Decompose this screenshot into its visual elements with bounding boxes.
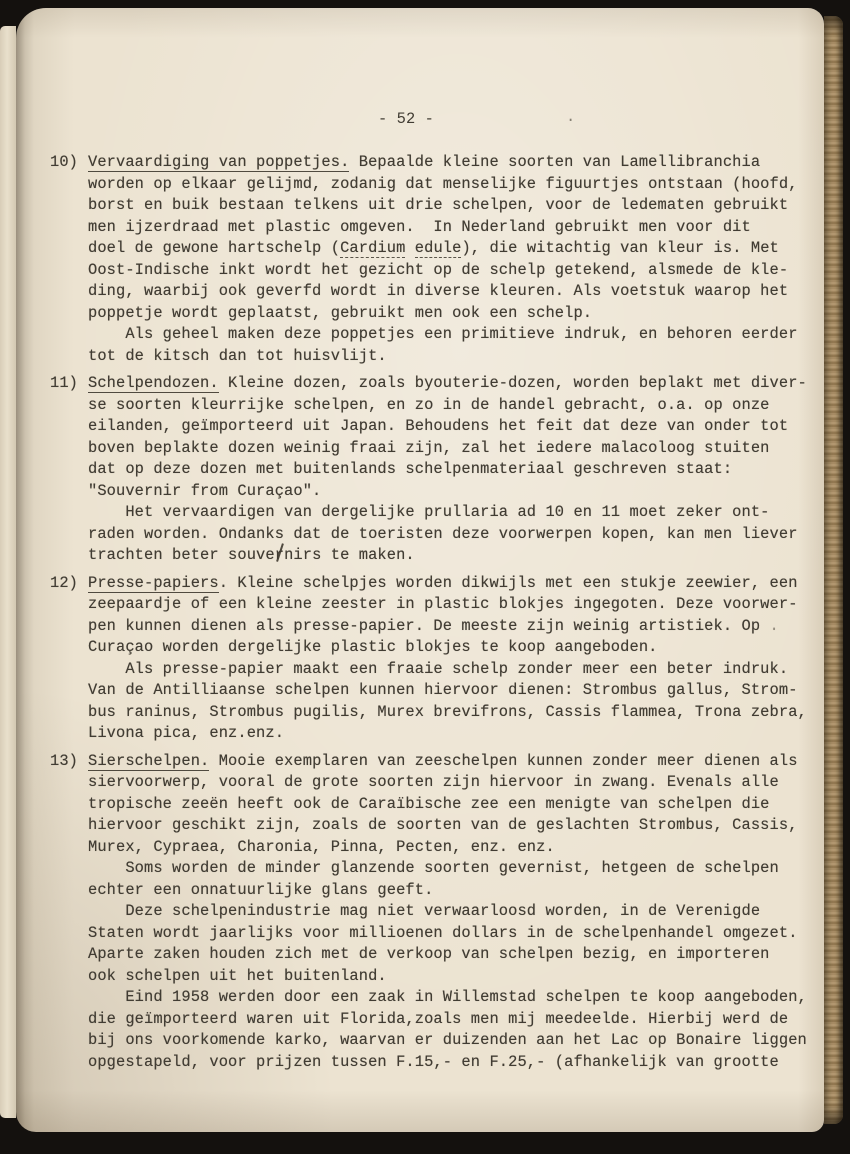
document-body: 10)Vervaardiging van poppetjes. Bepaalde… — [50, 152, 808, 1079]
text-line: raden worden. Ondanks dat de toeristen d… — [88, 524, 808, 546]
text-segment: Curaçao worden dergelijke plastic blokje… — [88, 638, 658, 656]
text-line: eilanden, geïmporteerd uit Japan. Behoud… — [88, 416, 808, 438]
section-12: 12)Presse-papiers. Kleine schelpjes word… — [50, 573, 808, 745]
text-line: Soms worden de minder glanzende soorten … — [88, 858, 808, 880]
section-10: 10)Vervaardiging van poppetjes. Bepaalde… — [50, 152, 808, 367]
text-line: Schelpendozen. Kleine dozen, zoals byout… — [88, 373, 808, 395]
text-line: worden op elkaar gelijmd, zodanig dat me… — [88, 174, 808, 196]
text-segment: tot de kitsch dan tot huisvlijt. — [88, 347, 387, 365]
text-line: zeepaardje of een kleine zeester in plas… — [88, 594, 808, 616]
text-segment: Eind 1958 werden door een zaak in Willem… — [88, 988, 807, 1006]
text-segment: Livona pica, enz.enz. — [88, 724, 284, 742]
text-segment: Als presse-papier maakt een fraaie schel… — [88, 660, 788, 678]
text-segment: doel de gewone hartschelp ( — [88, 239, 340, 257]
text-line: Van de Antilliaanse schelpen kunnen hier… — [88, 680, 808, 702]
text-line: hiervoor geschikt zijn, zoals de soorten… — [88, 815, 808, 837]
text-segment: echter een onnatuurlijke glans geeft. — [88, 881, 433, 899]
text-line: tropische zeeën heeft ook de Caraïbische… — [88, 794, 808, 816]
text-line: echter een onnatuurlijke glans geeft. — [88, 880, 808, 902]
text-segment: Mooie exemplaren van zeeschelpen kunnen … — [209, 752, 797, 770]
stray-mark: . — [566, 108, 575, 126]
facing-page-edge — [0, 26, 16, 1118]
text-line: Presse-papiers. Kleine schelpjes worden … — [88, 573, 808, 595]
text-segment: men ijzerdraad met plastic omgeven. In N… — [88, 218, 751, 236]
text-line: Curaçao worden dergelijke plastic blokje… — [88, 637, 808, 659]
text-segment: Als geheel maken deze poppetjes een prim… — [88, 325, 798, 343]
text-line: Eind 1958 werden door een zaak in Willem… — [88, 987, 808, 1009]
underlined-text: Presse-papiers — [88, 574, 219, 593]
text-segment — [405, 239, 414, 257]
text-segment: tropische zeeën heeft ook de Caraïbische… — [88, 795, 770, 813]
underlined-text: Schelpendozen. — [88, 374, 219, 393]
text-line: Oost-Indische inkt wordt het gezicht op … — [88, 260, 808, 282]
text-segment: nirs te maken. — [284, 546, 415, 564]
text-segment: Murex, Cypraea, Charonia, Pinna, Pecten,… — [88, 838, 555, 856]
text-line: Staten wordt jaarlijks voor millioenen d… — [88, 923, 808, 945]
text-segment: Soms worden de minder glanzende soorten … — [88, 859, 779, 877]
text-line: Deze schelpenindustrie mag niet verwaarl… — [88, 901, 808, 923]
text-line: poppetje wordt geplaatst, gebruikt men o… — [88, 303, 808, 325]
text-segment: ook schelpen uit het buitenland. — [88, 967, 387, 985]
text-line: ding, waarbij ook geverfd wordt in diver… — [88, 281, 808, 303]
text-line: tot de kitsch dan tot huisvlijt. — [88, 346, 808, 368]
underlined-text: Sierschelpen. — [88, 752, 209, 771]
text-line: Als geheel maken deze poppetjes een prim… — [88, 324, 808, 346]
text-line: boven beplakte dozen weinig fraai zijn, … — [88, 438, 808, 460]
text-line: trachten beter souvernirs te maken. — [88, 545, 808, 567]
text-line: bij ons voorkomende karko, waarvan er du… — [88, 1030, 808, 1052]
text-segment: boven beplakte dozen weinig fraai zijn, … — [88, 439, 770, 457]
text-segment: opgestapeld, voor prijzen tussen F.15,- … — [88, 1053, 779, 1071]
text-segment: "Souvernir from Curaçao". — [88, 482, 321, 500]
section-number: 10) — [50, 152, 78, 174]
text-line: "Souvernir from Curaçao". — [88, 481, 808, 503]
text-segment: Oost-Indische inkt wordt het gezicht op … — [88, 261, 788, 279]
text-segment: dat op deze dozen met buitenlands schelp… — [88, 460, 732, 478]
text-segment: . — [760, 617, 779, 635]
text-line: Livona pica, enz.enz. — [88, 723, 808, 745]
section-11: 11)Schelpendozen. Kleine dozen, zoals by… — [50, 373, 808, 567]
text-segment: pen kunnen dienen als presse-papier. De … — [88, 617, 760, 635]
text-segment: ), die witachtig van kleur is. Met — [461, 239, 778, 257]
section-number: 11) — [50, 373, 78, 395]
text-segment: siervoorwerp, vooral de grote soorten zi… — [88, 773, 779, 791]
text-line: Sierschelpen. Mooie exemplaren van zeesc… — [88, 751, 808, 773]
text-line: ook schelpen uit het buitenland. — [88, 966, 808, 988]
text-segment: Aparte zaken houden zich met de verkoop … — [88, 945, 770, 963]
text-segment: r — [275, 545, 284, 567]
text-line: se soorten kleurrijke schelpen, en zo in… — [88, 395, 808, 417]
text-line: dat op deze dozen met buitenlands schelp… — [88, 459, 808, 481]
text-line: Murex, Cypraea, Charonia, Pinna, Pecten,… — [88, 837, 808, 859]
text-segment: bij ons voorkomende karko, waarvan er du… — [88, 1031, 807, 1049]
text-segment: Deze schelpenindustrie mag niet verwaarl… — [88, 902, 760, 920]
text-line: bus raninus, Strombus pugilis, Murex bre… — [88, 702, 808, 724]
text-segment: borst en buik bestaan telkens uit drie s… — [88, 196, 788, 214]
underlined-text: Vervaardiging van poppetjes. — [88, 153, 349, 172]
text-segment: poppetje wordt geplaatst, gebruikt men o… — [88, 304, 592, 322]
text-segment: raden worden. Ondanks dat de toeristen d… — [88, 525, 798, 543]
text-segment: se soorten kleurrijke schelpen, en zo in… — [88, 396, 770, 414]
text-line: Vervaardiging van poppetjes. Bepaalde kl… — [88, 152, 808, 174]
text-segment: eilanden, geïmporteerd uit Japan. Behoud… — [88, 417, 788, 435]
section-number: 13) — [50, 751, 78, 773]
underlined-text: Cardium — [340, 239, 405, 258]
text-segment: Het vervaardigen van dergelijke prullari… — [88, 503, 770, 521]
page-number: - 52 - — [2, 110, 810, 128]
text-segment: Staten wordt jaarlijks voor millioenen d… — [88, 924, 798, 942]
text-segment: Van de Antilliaanse schelpen kunnen hier… — [88, 681, 798, 699]
text-line: opgestapeld, voor prijzen tussen F.15,- … — [88, 1052, 808, 1074]
text-segment: ding, waarbij ook geverfd wordt in diver… — [88, 282, 788, 300]
text-line: Het vervaardigen van dergelijke prullari… — [88, 502, 808, 524]
text-segment: . Kleine schelpjes worden dikwijls met e… — [219, 574, 798, 592]
book-page-edges — [824, 16, 843, 1124]
text-line: Als presse-papier maakt een fraaie schel… — [88, 659, 808, 681]
text-segment: zeepaardje of een kleine zeester in plas… — [88, 595, 798, 613]
text-segment: bus raninus, Strombus pugilis, Murex bre… — [88, 703, 807, 721]
text-line: doel de gewone hartschelp (Cardium edule… — [88, 238, 808, 260]
text-segment: trachten beter souve — [88, 546, 275, 564]
text-line: pen kunnen dienen als presse-papier. De … — [88, 616, 808, 638]
underlined-text: edule — [415, 239, 462, 258]
text-segment: die geïmporteerd waren uit Florida,zoals… — [88, 1010, 788, 1028]
text-segment: Kleine dozen, zoals byouterie-dozen, wor… — [219, 374, 807, 392]
section-number: 12) — [50, 573, 78, 595]
text-segment: hiervoor geschikt zijn, zoals de soorten… — [88, 816, 798, 834]
text-segment: Bepaalde kleine soorten van Lamellibranc… — [349, 153, 760, 171]
document-page: - 52 - . 10)Vervaardiging van poppetjes.… — [16, 8, 824, 1132]
text-line: Aparte zaken houden zich met de verkoop … — [88, 944, 808, 966]
text-line: borst en buik bestaan telkens uit drie s… — [88, 195, 808, 217]
section-13: 13)Sierschelpen. Mooie exemplaren van ze… — [50, 751, 808, 1074]
text-line: die geïmporteerd waren uit Florida,zoals… — [88, 1009, 808, 1031]
text-segment: worden op elkaar gelijmd, zodanig dat me… — [88, 175, 798, 193]
text-line: siervoorwerp, vooral de grote soorten zi… — [88, 772, 808, 794]
text-line: men ijzerdraad met plastic omgeven. In N… — [88, 217, 808, 239]
